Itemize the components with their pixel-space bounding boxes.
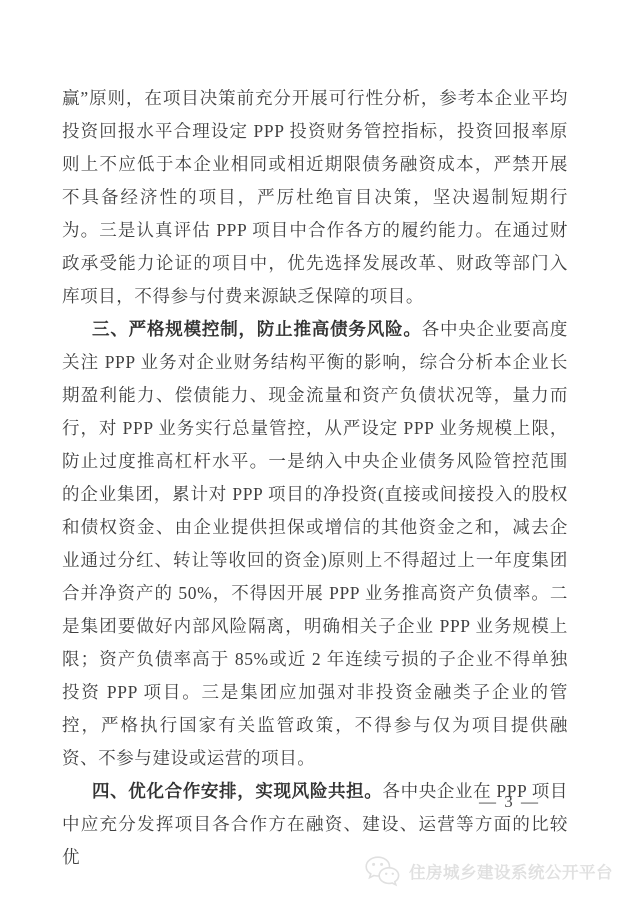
- section-heading: 四、优化合作安排，实现风险共担。: [92, 781, 382, 801]
- paragraph-text: 各中央企业要高度关注 PPP 业务对企业财务结构平衡的影响，综合分析本企业长期盈…: [62, 319, 568, 768]
- section-heading: 三、严格规模控制，防止推高债务风险。: [92, 319, 422, 339]
- paragraph-continuation: 赢”原则，在项目决策前充分开展可行性分析，参考本企业平均投资回报水平合理设定 P…: [62, 82, 568, 313]
- page-number: — 3 —: [479, 792, 540, 812]
- document-body: 赢”原则，在项目决策前充分开展可行性分析，参考本企业平均投资回报水平合理设定 P…: [62, 82, 568, 874]
- wechat-icon: [362, 854, 402, 888]
- paragraph-section-3: 三、严格规模控制，防止推高债务风险。各中央企业要高度关注 PPP 业务对企业财务…: [62, 313, 568, 775]
- document-page: 赢”原则，在项目决策前充分开展可行性分析，参考本企业平均投资回报水平合理设定 P…: [0, 0, 640, 905]
- watermark-text: 住房城乡建设系统公开平台: [409, 859, 613, 883]
- paragraph-text: 赢”原则，在项目决策前充分开展可行性分析，参考本企业平均投资回报水平合理设定 P…: [62, 88, 568, 306]
- watermark: 住房城乡建设系统公开平台: [362, 854, 613, 888]
